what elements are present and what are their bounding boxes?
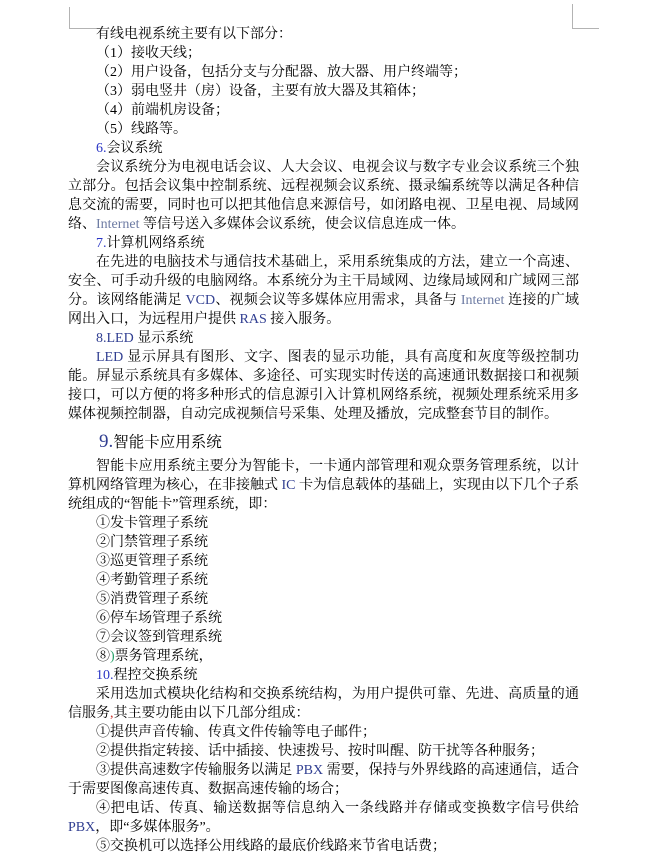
text-run-navy: LED xyxy=(96,350,123,365)
document-page: 有线电视系统主要有以下部分：（1）接收天线；（2）用户设备，包括分支与分配器、放… xyxy=(0,0,646,853)
paragraph: 在先进的电脑技术与通信技术基础上，采用系统集成的方法，建立一个高速、安全、可手动… xyxy=(68,253,579,329)
text-run-internet: Internet xyxy=(96,217,140,232)
text-run: ⑥停车场管理子系统 xyxy=(96,611,222,626)
section-heading: 8.LED 显示系统 xyxy=(68,329,579,348)
text-run-navy: VCD xyxy=(186,293,216,308)
list-item: （3）弱电竖井（房）设备，主要有放大器及其箱体； xyxy=(68,82,579,101)
list-item: ③巡更管理子系统 xyxy=(68,552,579,571)
text-run: ，即“多媒体服务”。 xyxy=(95,820,219,835)
text-run-navy: PBX xyxy=(296,763,323,778)
text-run-navy: 9. xyxy=(99,431,113,452)
paragraph: LED 显示屏具有图形、文字、图表的显示功能，具有高度和灰度等级控制功能。屏显示… xyxy=(68,348,579,424)
section-heading-large: 9.智能卡应用系统 xyxy=(68,424,579,457)
text-run: ①提供声音传输、传真文件传输等电子邮件； xyxy=(96,725,376,740)
text-run: （2）用户设备，包括分支与分配器、放大器、用户终端等； xyxy=(96,65,467,80)
text-run: ⑦会议签到管理系统 xyxy=(96,630,222,645)
text-run: 会议系统 xyxy=(107,141,163,156)
text-run: （1）接收天线； xyxy=(96,46,201,61)
text-run-blue: 7. xyxy=(96,236,107,251)
text-run: ②提供指定转接、话中插接、快速拨号、按时叫醒、防干扰等各种服务； xyxy=(96,744,544,759)
text-run: （5）线路等。 xyxy=(96,122,187,137)
text-run: ③提供高速数字传输服务以满足 xyxy=(96,763,296,778)
list-item: （4）前端机房设备； xyxy=(68,101,579,120)
text-run: ②门禁管理子系统 xyxy=(96,535,208,550)
text-run-internet: Internet xyxy=(461,293,505,308)
text-run-navy: IC xyxy=(282,478,296,493)
text-run-blue: 6. xyxy=(96,141,107,156)
list-item: ①发卡管理子系统 xyxy=(68,514,579,533)
text-run: ③巡更管理子系统 xyxy=(96,554,208,569)
list-item: （2）用户设备，包括分支与分配器、放大器、用户终端等； xyxy=(68,63,579,82)
text-run: 计算机网络系统 xyxy=(107,236,205,251)
paragraph: 采用迭加式模块化结构和交换系统结构，为用户提供可靠、先进、高质量的通信服务,其主… xyxy=(68,685,579,723)
text-run: 其主要功能由以下几部分组成： xyxy=(114,706,310,721)
text-run: ⑤交换机可以选择公用线路的最底价线路来节省电话费； xyxy=(96,839,446,853)
text-run: 显示系统 xyxy=(134,331,194,346)
text-run-navy: RAS xyxy=(240,312,267,327)
list-item: ⑦会议签到管理系统 xyxy=(68,628,579,647)
list-item: ⑥停车场管理子系统 xyxy=(68,609,579,628)
text-run: （4）前端机房设备； xyxy=(96,103,229,118)
text-run: 票务管理系统， xyxy=(115,649,213,664)
text-run: 、视频会议等多媒体应用需求，具备与 xyxy=(215,293,461,308)
list-item: ④考勤管理子系统 xyxy=(68,571,579,590)
text-run-blue: 10. xyxy=(96,668,114,683)
list-item: ①提供声音传输、传真文件传输等电子邮件； xyxy=(68,723,579,742)
list-item: （1）接收天线； xyxy=(68,44,579,63)
text-run: 显示屏具有图形、文字、图表的显示功能，具有高度和灰度等级控制功能。屏显示系统具有… xyxy=(68,350,579,422)
text-run: 程控交换系统 xyxy=(114,668,198,683)
section-heading: 10.程控交换系统 xyxy=(68,666,579,685)
list-item: （5）线路等。 xyxy=(68,120,579,139)
list-item: ⑧)票务管理系统， xyxy=(68,647,579,666)
text-run: 智能卡应用系统 xyxy=(113,434,222,451)
text-run: ④把电话、传真、输送数据等信息纳入一条线路并存储或变换数字信号供给 xyxy=(96,801,579,816)
text-run: （3）弱电竖井（房）设备，主要有放大器及其箱体； xyxy=(96,84,425,99)
paragraph: 有线电视系统主要有以下部分： xyxy=(68,25,579,44)
text-run: ⑧ xyxy=(96,649,110,664)
paragraph: 智能卡应用系统主要分为智能卡，一卡通内部管理和观众票务管理系统，以计算机网络管理… xyxy=(68,457,579,514)
paragraph: ③提供高速数字传输服务以满足 PBX 需要，保持与外界线路的高速通信，适合于需要… xyxy=(68,761,579,799)
section-heading: 6.会议系统 xyxy=(68,139,579,158)
text-run: ①发卡管理子系统 xyxy=(96,516,208,531)
text-run-navy: 8.LED xyxy=(96,331,134,346)
text-run: 有线电视系统主要有以下部分： xyxy=(96,27,292,42)
text-run: ④考勤管理子系统 xyxy=(96,573,208,588)
paragraph: 会议系统分为电视电话会议、人大会议、电视会议与数字专业会议系统三个独立部分。包括… xyxy=(68,158,579,234)
list-item: ②提供指定转接、话中插接、快速拨号、按时叫醒、防干扰等各种服务； xyxy=(68,742,579,761)
list-item: ②门禁管理子系统 xyxy=(68,533,579,552)
text-run-navy: PBX xyxy=(68,820,95,835)
document-body: 有线电视系统主要有以下部分：（1）接收天线；（2）用户设备，包括分支与分配器、放… xyxy=(68,25,579,853)
section-heading: 7.计算机网络系统 xyxy=(68,234,579,253)
text-run: 等信号送入多媒体会议系统，使会议信息连成一体。 xyxy=(140,217,466,232)
list-item: ⑤消费管理子系统 xyxy=(68,590,579,609)
text-run: ⑤消费管理子系统 xyxy=(96,592,208,607)
paragraph: ④把电话、传真、输送数据等信息纳入一条线路并存储或变换数字信号供给 PBX，即“… xyxy=(68,799,579,837)
list-item: ⑤交换机可以选择公用线路的最底价线路来节省电话费； xyxy=(68,837,579,853)
text-run: 接入服务。 xyxy=(267,312,341,327)
